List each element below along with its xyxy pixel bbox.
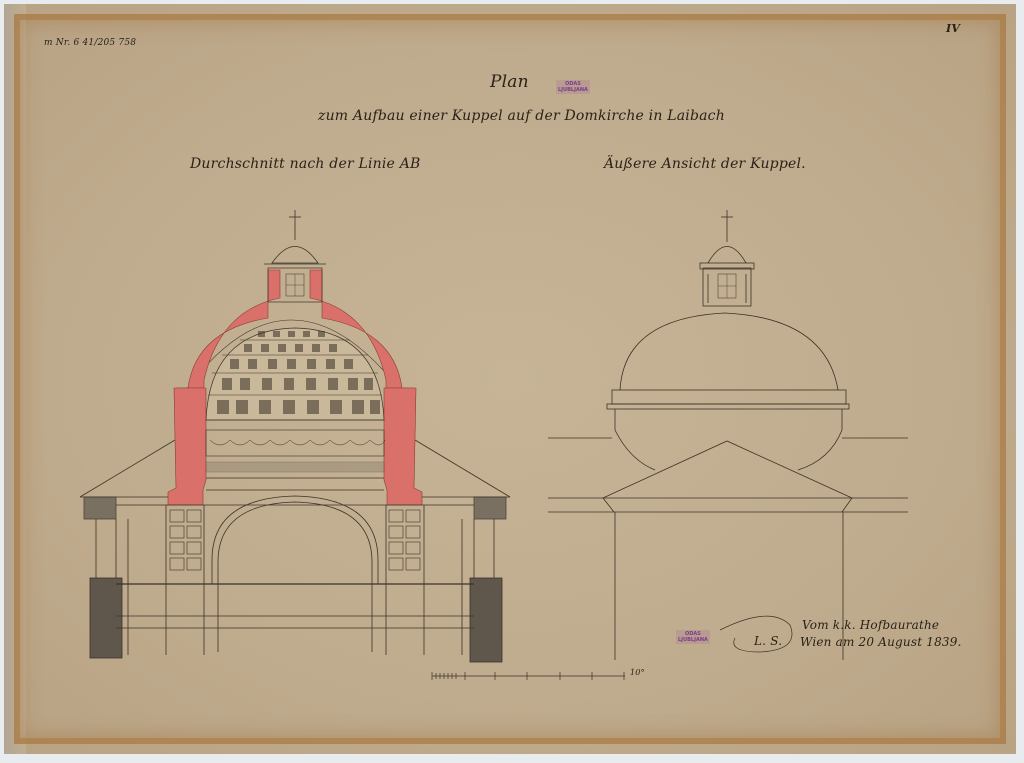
section-heading: Durchschnitt nach der Linie AB xyxy=(190,156,421,172)
archive-reference: m Nr. 6 41/205 758 xyxy=(44,38,136,48)
scale-bar xyxy=(432,672,625,680)
archive-stamp-bottom: ODAS LJUBLJANA xyxy=(676,630,710,644)
elevation-heading: Äußere Ansicht der Kuppel. xyxy=(604,156,806,172)
signature-line-1: Vom k.k. Hofbaurathe xyxy=(802,618,939,632)
title-plan: Plan xyxy=(490,72,529,92)
section-drawing xyxy=(80,210,510,662)
signature-initials: L. S. xyxy=(754,634,782,648)
signature-line-2: Wien am 20 August 1839. xyxy=(800,635,962,649)
title-subtitle: zum Aufbau einer Kuppel auf der Domkirch… xyxy=(318,108,725,124)
elevation-drawing xyxy=(548,210,908,660)
scale-label: 10° xyxy=(630,668,645,677)
archive-stamp-top: ODAS LJUBLJANA xyxy=(556,80,590,94)
sheet-number: IV xyxy=(946,22,960,35)
drawing-sheet: m Nr. 6 41/205 758 IV Plan ODAS LJUBLJAN… xyxy=(4,4,1016,754)
